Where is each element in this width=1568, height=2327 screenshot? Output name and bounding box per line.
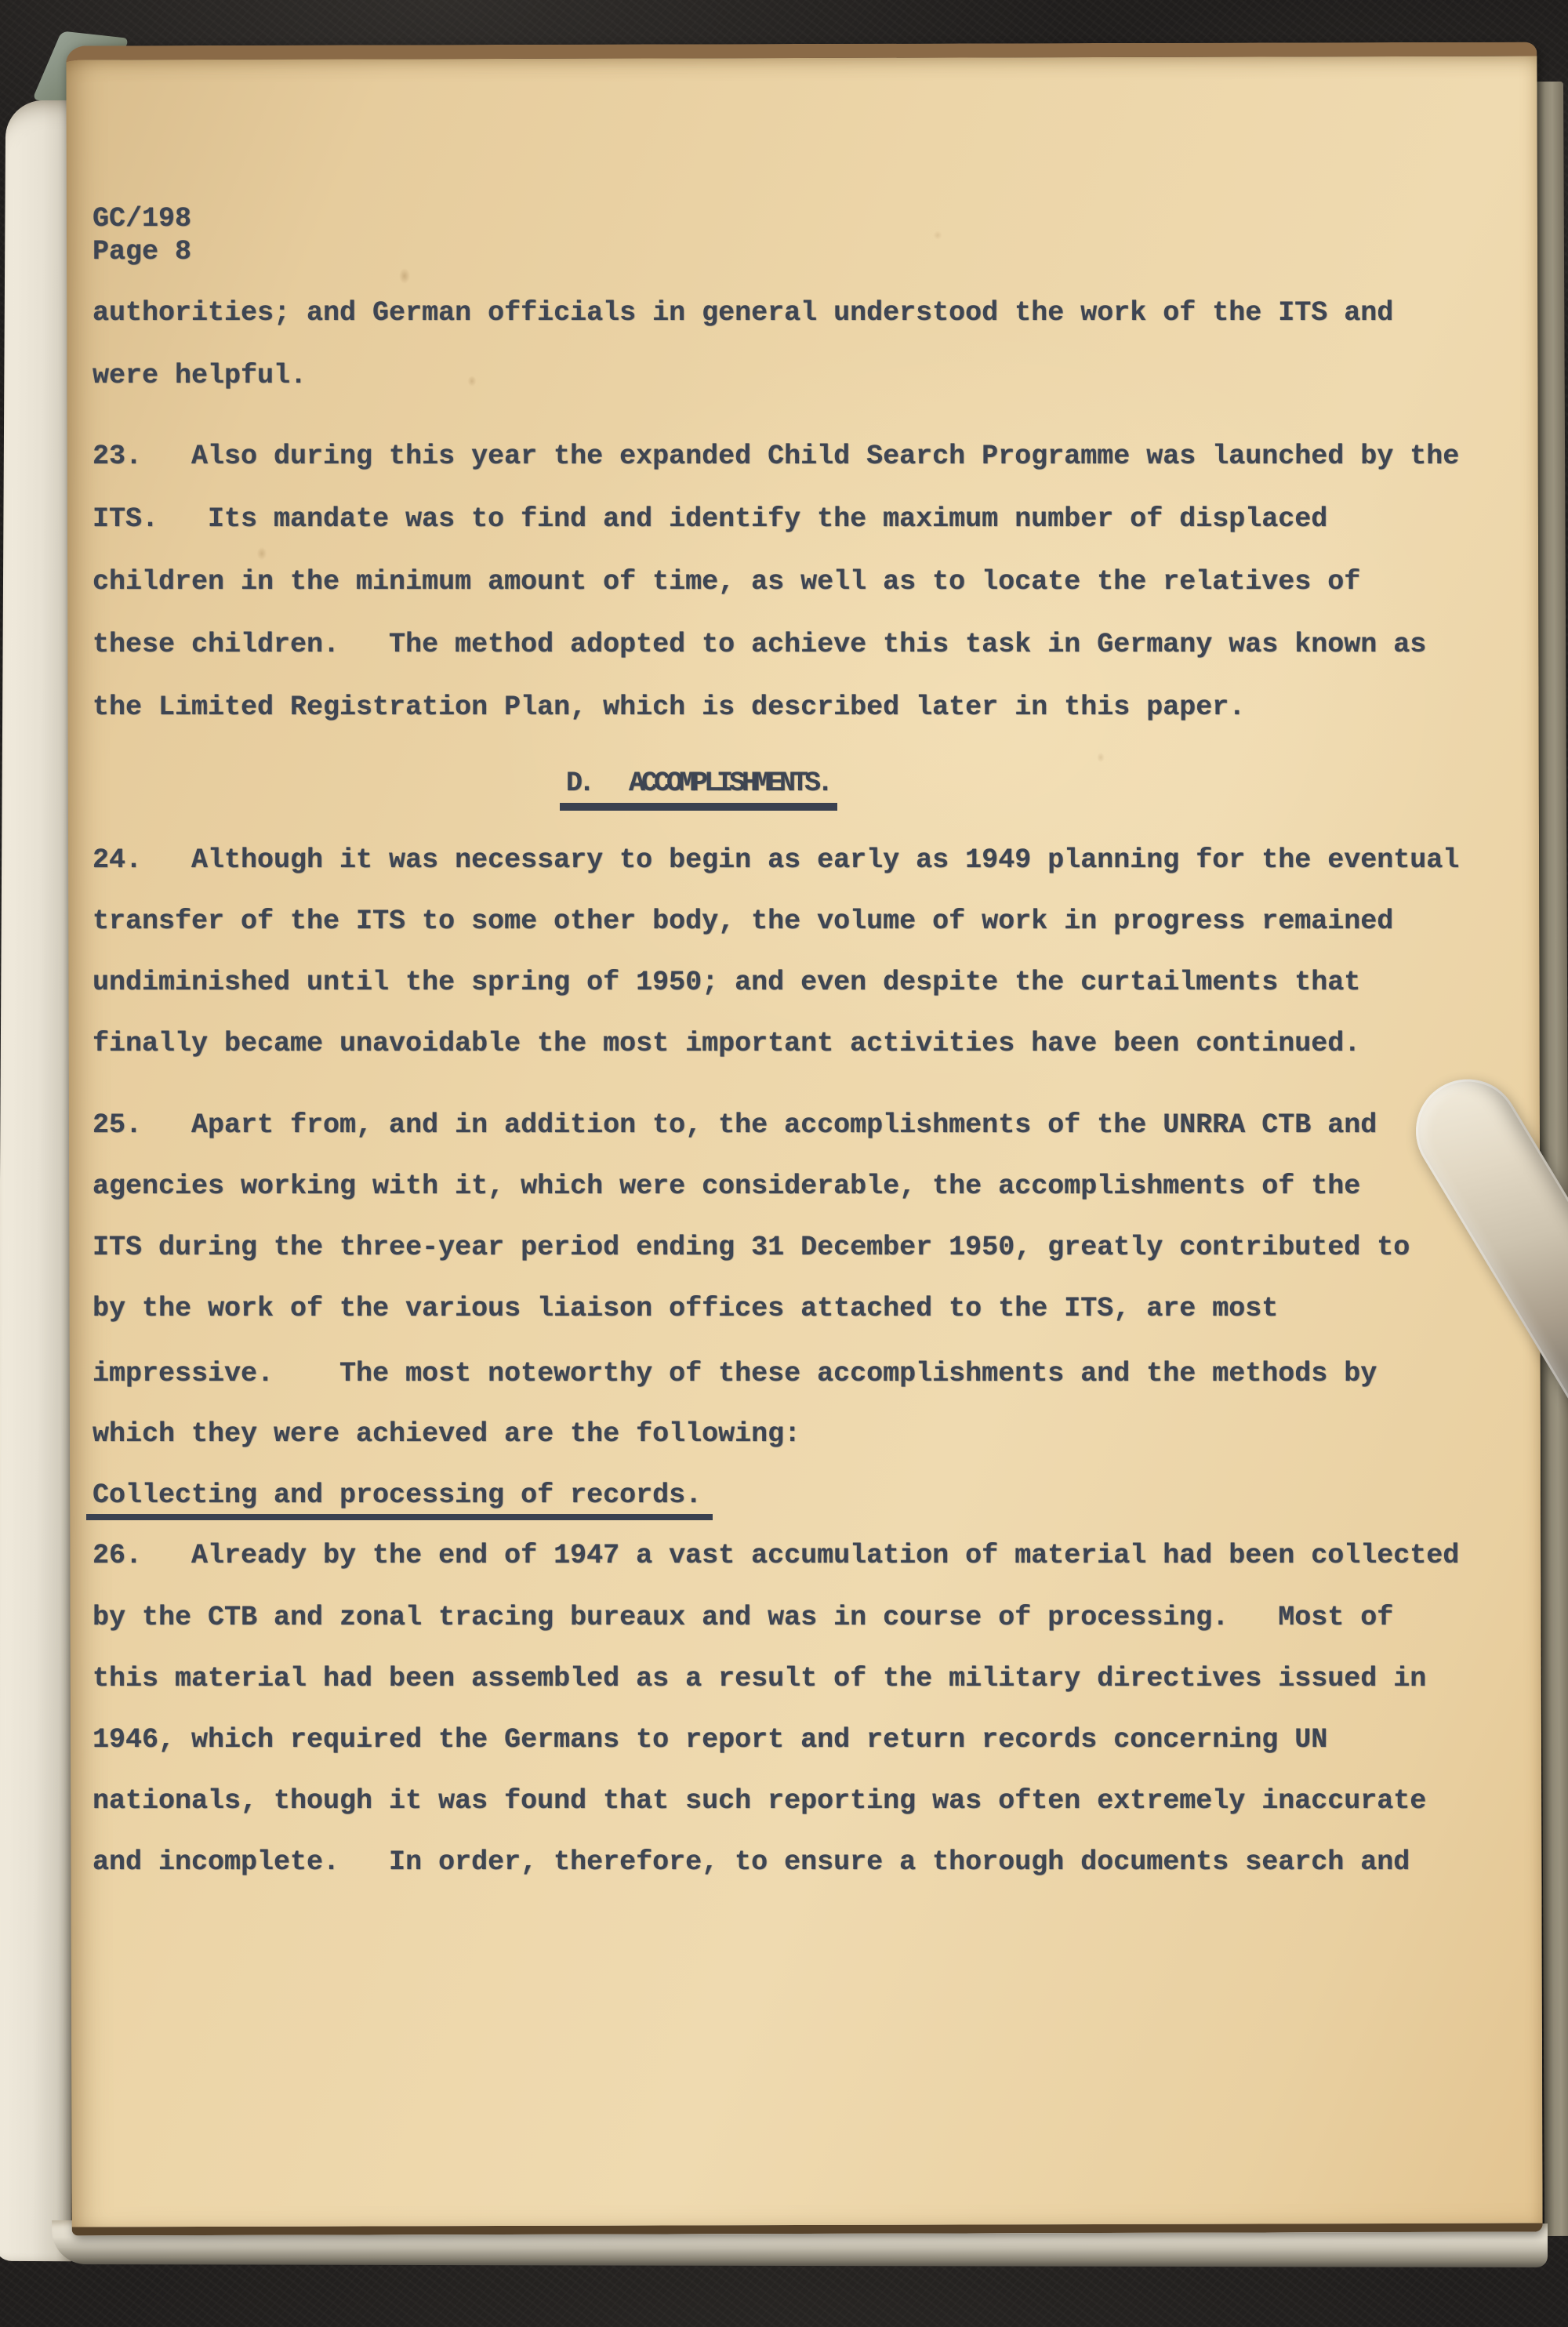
text-line: the Limited Registration Plan, which is … [93,692,1245,723]
text-line: 23. Also during this year the expanded C… [93,441,1459,472]
text-line: finally became unavoidable the most impo… [93,1029,1360,1059]
text-line: ITS. Its mandate was to find and identif… [93,504,1327,535]
text-line: ITS during the three-year period ending … [93,1232,1410,1263]
text-layer: GC/198Page 8authorities; and German offi… [0,0,1568,2327]
text-line: 1946, which required the Germans to repo… [93,1725,1327,1755]
text-line: 25. Apart from, and in addition to, the … [93,1110,1377,1141]
text-line: were helpful. [93,361,307,391]
text-line: nationals, though it was found that such… [93,1786,1426,1817]
section-heading: Collecting and processing of records. [86,1480,713,1520]
text-line: undiminished until the spring of 1950; a… [93,967,1360,998]
text-line: Page 8 [93,237,191,267]
text-line: this material had been assembled as a re… [93,1664,1426,1694]
text-line: 24. Although it was necessary to begin a… [93,845,1459,876]
text-line: by the CTB and zonal tracing bureaux and… [93,1603,1393,1633]
scanned-document-scene: GC/198Page 8authorities; and German offi… [0,0,1568,2327]
text-line: GC/198 [93,204,191,234]
text-line: children in the minimum amount of time, … [93,567,1360,597]
section-heading: D. ACCOMPLISHMENTS. [560,768,837,811]
text-line: and incomplete. In order, therefore, to … [93,1847,1410,1878]
text-line: authorities; and German officials in gen… [93,298,1393,329]
text-line: transfer of the ITS to some other body, … [93,906,1393,937]
text-line: 26. Already by the end of 1947 a vast ac… [93,1541,1459,1571]
text-line: by the work of the various liaison offic… [93,1294,1278,1324]
text-line: these children. The method adopted to ac… [93,630,1426,660]
text-line: which they were achieved are the followi… [93,1419,800,1450]
text-line: agencies working with it, which were con… [93,1171,1360,1202]
text-line: impressive. The most noteworthy of these… [93,1359,1377,1389]
